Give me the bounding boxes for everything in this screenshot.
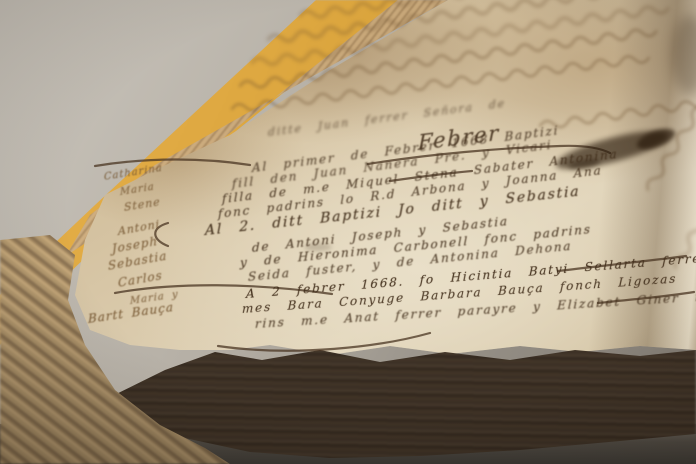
margin-name: Carlos bbox=[118, 268, 164, 290]
margin-name: Stene bbox=[124, 195, 161, 214]
photo-stage: Febrer ditte Juan ferrer Señora deAl pri… bbox=[0, 0, 696, 464]
margin-name: Catharina bbox=[104, 163, 163, 183]
margin-name: Maria bbox=[120, 181, 155, 198]
handwritten-text-layer: Febrer ditte Juan ferrer Señora deAl pri… bbox=[0, 0, 696, 464]
